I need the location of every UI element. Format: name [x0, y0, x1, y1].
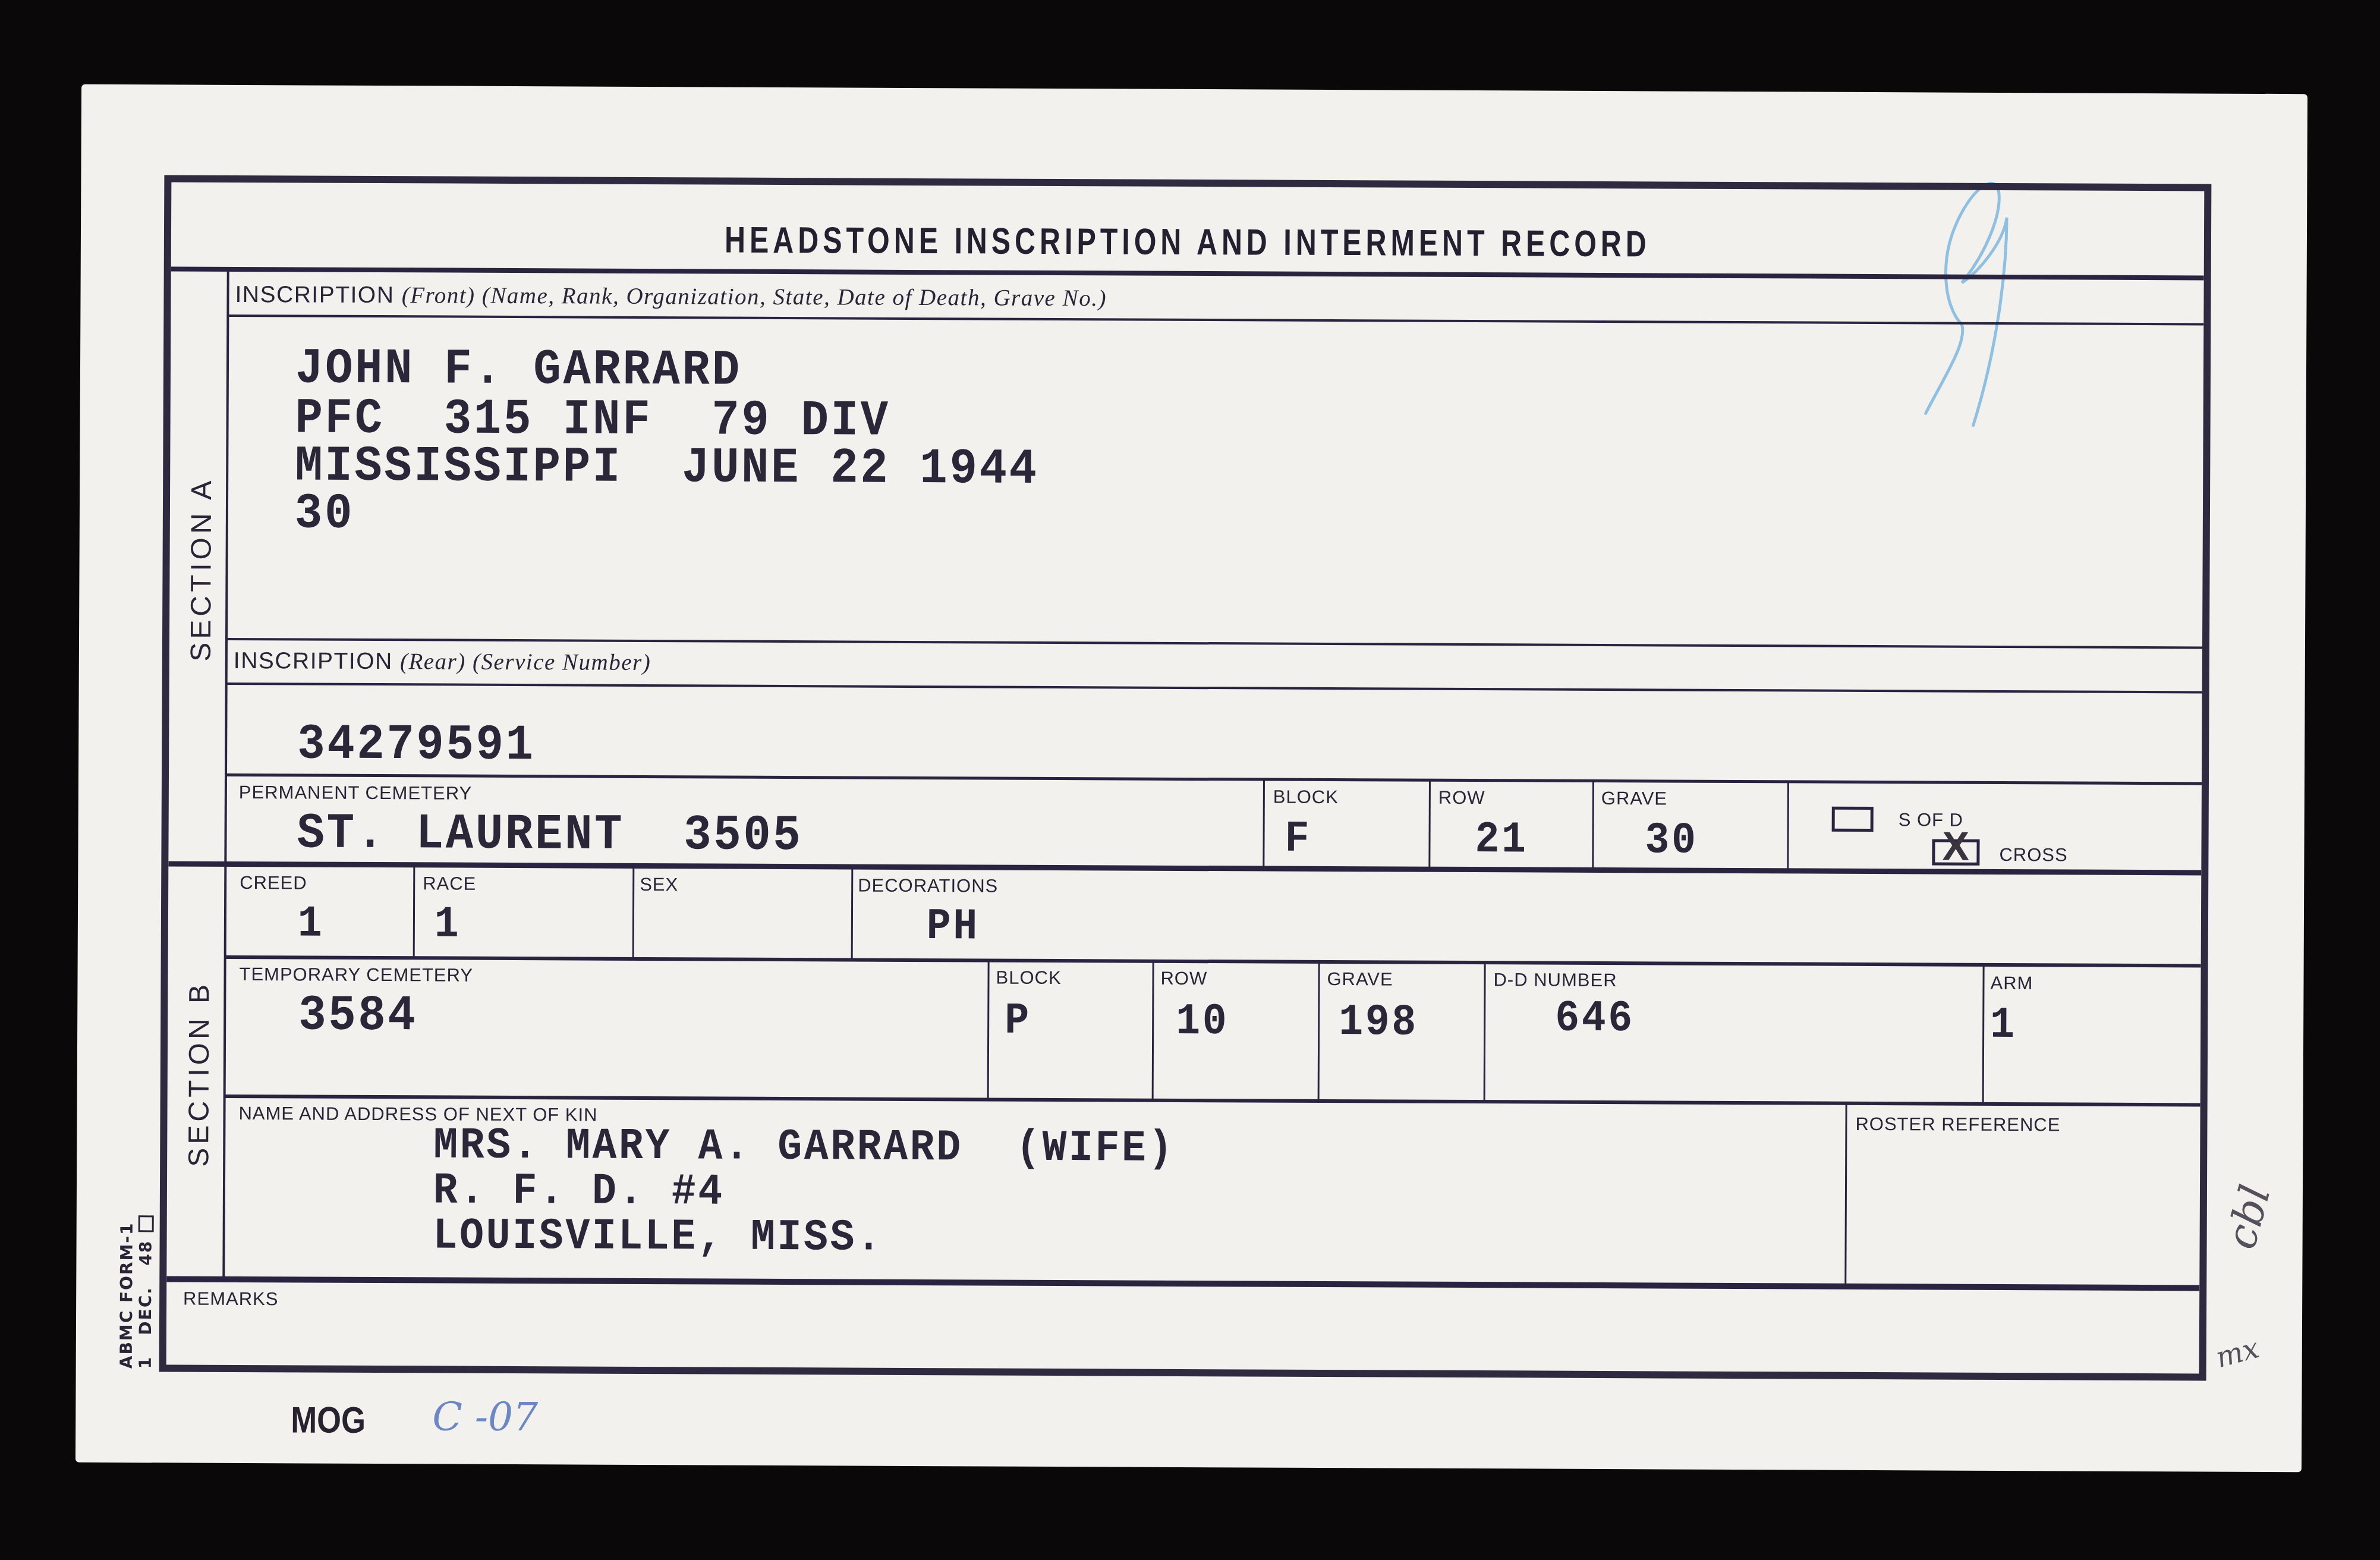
perm-row-label: ROW — [1438, 787, 1485, 809]
divider-perm-row — [1428, 780, 1431, 868]
arm-label: ARM — [1990, 973, 2033, 994]
dd-number-value: 646 — [1555, 996, 1635, 1043]
perm-row-value: 21 — [1475, 817, 1528, 863]
roster-reference-label: ROSTER REFERENCE — [1855, 1114, 2060, 1136]
form-title: HEADSTONE INSCRIPTION AND INTERMENT RECO… — [395, 218, 1981, 267]
decorations-label: DECORATIONS — [858, 875, 998, 897]
dd-number-label: D-D NUMBER — [1493, 969, 1617, 991]
temp-block-value: P — [1005, 998, 1031, 1045]
temporary-cemetery-value: 3584 — [298, 991, 418, 1042]
perm-block-label: BLOCK — [1273, 787, 1339, 808]
temp-row-value: 10 — [1176, 999, 1229, 1045]
race-value: 1 — [435, 901, 461, 948]
inscription-front-label: INSCRIPTION (Front) (Name, Rank, Organiz… — [235, 281, 1107, 312]
arm-value: 1 — [1990, 1002, 2017, 1049]
permanent-cemetery-label: PERMANENT CEMETERY — [239, 782, 473, 804]
temporary-cemetery-label: TEMPORARY CEMETERY — [239, 964, 473, 986]
divider-perm-block — [1263, 779, 1265, 867]
cross-label: CROSS — [1999, 844, 2067, 866]
race-label: RACE — [423, 873, 476, 894]
divider-perm-grave — [1592, 781, 1594, 869]
temp-grave-value: 198 — [1339, 999, 1418, 1046]
service-number: 34279591 — [297, 720, 536, 771]
sex-label: SEX — [640, 874, 678, 895]
section-a-label: SECTION A — [185, 477, 218, 662]
section-b-label: SECTION B — [182, 981, 216, 1167]
creed-label: CREED — [240, 872, 307, 894]
perm-block-value: F — [1285, 816, 1311, 863]
temp-grave-label: GRAVE — [1327, 968, 1393, 990]
creed-value: 1 — [298, 901, 325, 947]
form-id-line-2: 1 DEC. 48 — [136, 1240, 156, 1369]
temp-block-label: BLOCK — [996, 967, 1061, 989]
handwritten-scribble: mx — [2212, 1331, 2262, 1375]
form-id-line-1: ABMC FORM-1 — [117, 1222, 137, 1369]
next-of-kin-line-3: LOUISVILLE, MISS. — [433, 1213, 883, 1261]
s-of-d-checkbox[interactable] — [1832, 807, 1874, 832]
remarks-label: REMARKS — [183, 1288, 278, 1310]
next-of-kin-line-1: MRS. MARY A. GARRARD (WIFE) — [433, 1122, 1175, 1172]
cross-check-mark-icon: X — [1942, 829, 1969, 864]
perm-grave-label: GRAVE — [1601, 788, 1667, 809]
temp-row-label: ROW — [1160, 968, 1207, 989]
inscription-rear-label: INSCRIPTION (Rear) (Service Number) — [234, 647, 651, 676]
handwritten-initials: cbl — [2217, 1180, 2280, 1254]
inscription-front-line-4: 30 — [295, 489, 354, 539]
form-id-checkbox[interactable] — [138, 1215, 154, 1232]
inscription-front-line-1: JOHN F. GARRARD — [295, 344, 742, 396]
record-card: HEADSTONE INSCRIPTION AND INTERMENT RECO… — [75, 84, 2307, 1472]
inscription-front-line-3: MISSISSIPPI JUNE 22 1944 — [295, 442, 1039, 495]
permanent-cemetery-value: ST. LAURENT 3505 — [297, 809, 802, 861]
next-of-kin-line-2: R. F. D. #4 — [433, 1168, 725, 1215]
mog-stamp: MOG — [291, 1399, 366, 1442]
perm-grave-value: 30 — [1645, 817, 1698, 864]
handwritten-code: C -07 — [432, 1394, 538, 1440]
decorations-value: PH — [927, 904, 980, 950]
